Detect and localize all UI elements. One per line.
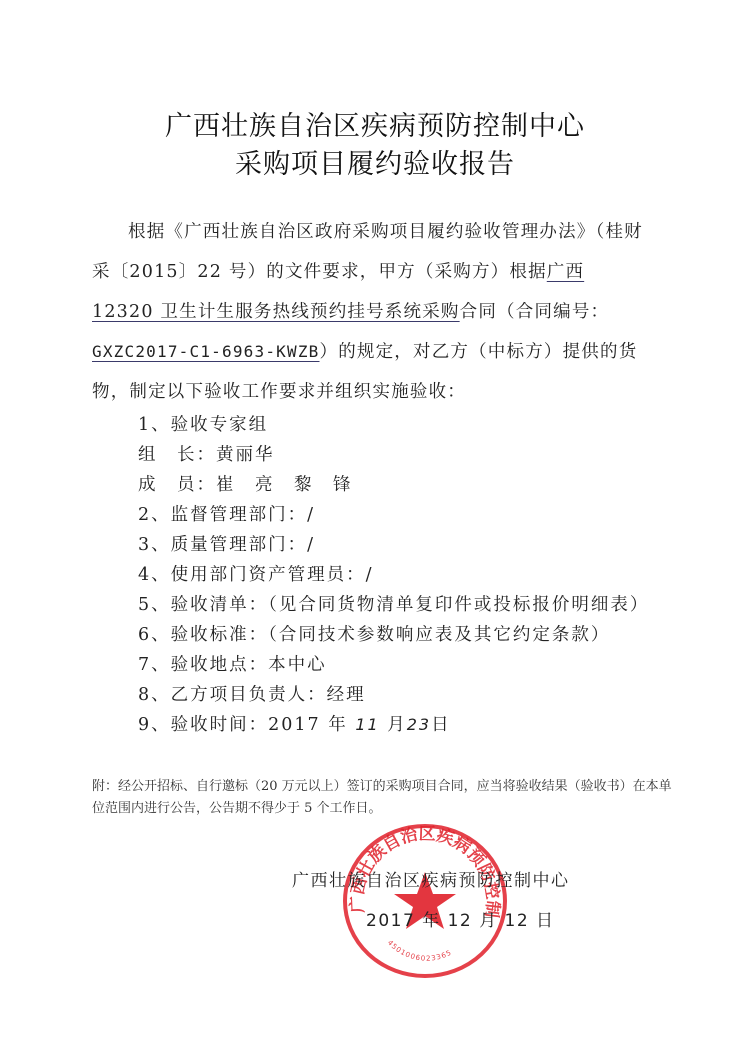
- intro-part2: 合同（合同编号：: [460, 302, 610, 322]
- month-unit: 月: [387, 715, 407, 735]
- list-item: 1、验收专家组: [138, 410, 649, 440]
- handwritten-day: 23: [407, 715, 431, 734]
- acceptance-time-label: 9、验收时间：2017 年: [138, 715, 348, 735]
- list-item: 7、验收地点：本中心: [138, 650, 649, 680]
- list-item: 5、验收清单：（见合同货物清单复印件或投标报价明细表）: [138, 590, 649, 620]
- signature-organization: 广西壮族自治区疾病预防控制中心: [292, 866, 570, 891]
- list-item: 3、质量管理部门：/: [138, 530, 649, 560]
- list-item: 2、监督管理部门：/: [138, 500, 649, 530]
- day-unit: 日: [431, 715, 451, 735]
- official-seal-icon: 广西壮族自治区疾病预防控制中心 4501006023365: [340, 822, 510, 980]
- signature-date: 2017 年 12 月 12 日: [366, 906, 555, 931]
- document-title-organization: 广西壮族自治区疾病预防控制中心: [0, 104, 750, 143]
- document-title-report: 采购项目履约验收报告: [0, 142, 750, 181]
- list-item: 4、使用部门资产管理员：/: [138, 560, 649, 590]
- acceptance-items-list: 1、验收专家组 组 长：黄丽华 成 员：崔 亮 黎 锋 2、监督管理部门：/ 3…: [138, 410, 649, 740]
- list-item: 成 员：崔 亮 黎 锋: [138, 470, 649, 500]
- footnote: 附：经公开招标、自行邀标（20 万元以上）签订的采购项目合同，应当将验收结果（验…: [92, 776, 672, 820]
- intro-paragraph: 根据《广西壮族自治区政府采购项目履约验收管理办法》（桂财采〔2015〕22 号）…: [92, 212, 652, 412]
- list-item: 组 长：黄丽华: [138, 440, 649, 470]
- list-item: 6、验收标准：（合同技术参数响应表及其它约定条款）: [138, 620, 649, 650]
- list-item: 8、乙方项目负责人：经理: [138, 680, 649, 710]
- handwritten-month: 11: [355, 715, 379, 734]
- contract-number: GXZC2017-C1-6963-KWZB: [92, 342, 320, 361]
- list-item-acceptance-time: 9、验收时间：2017 年 11 月23日: [138, 710, 649, 740]
- svg-text:4501006023365: 4501006023365: [386, 939, 453, 963]
